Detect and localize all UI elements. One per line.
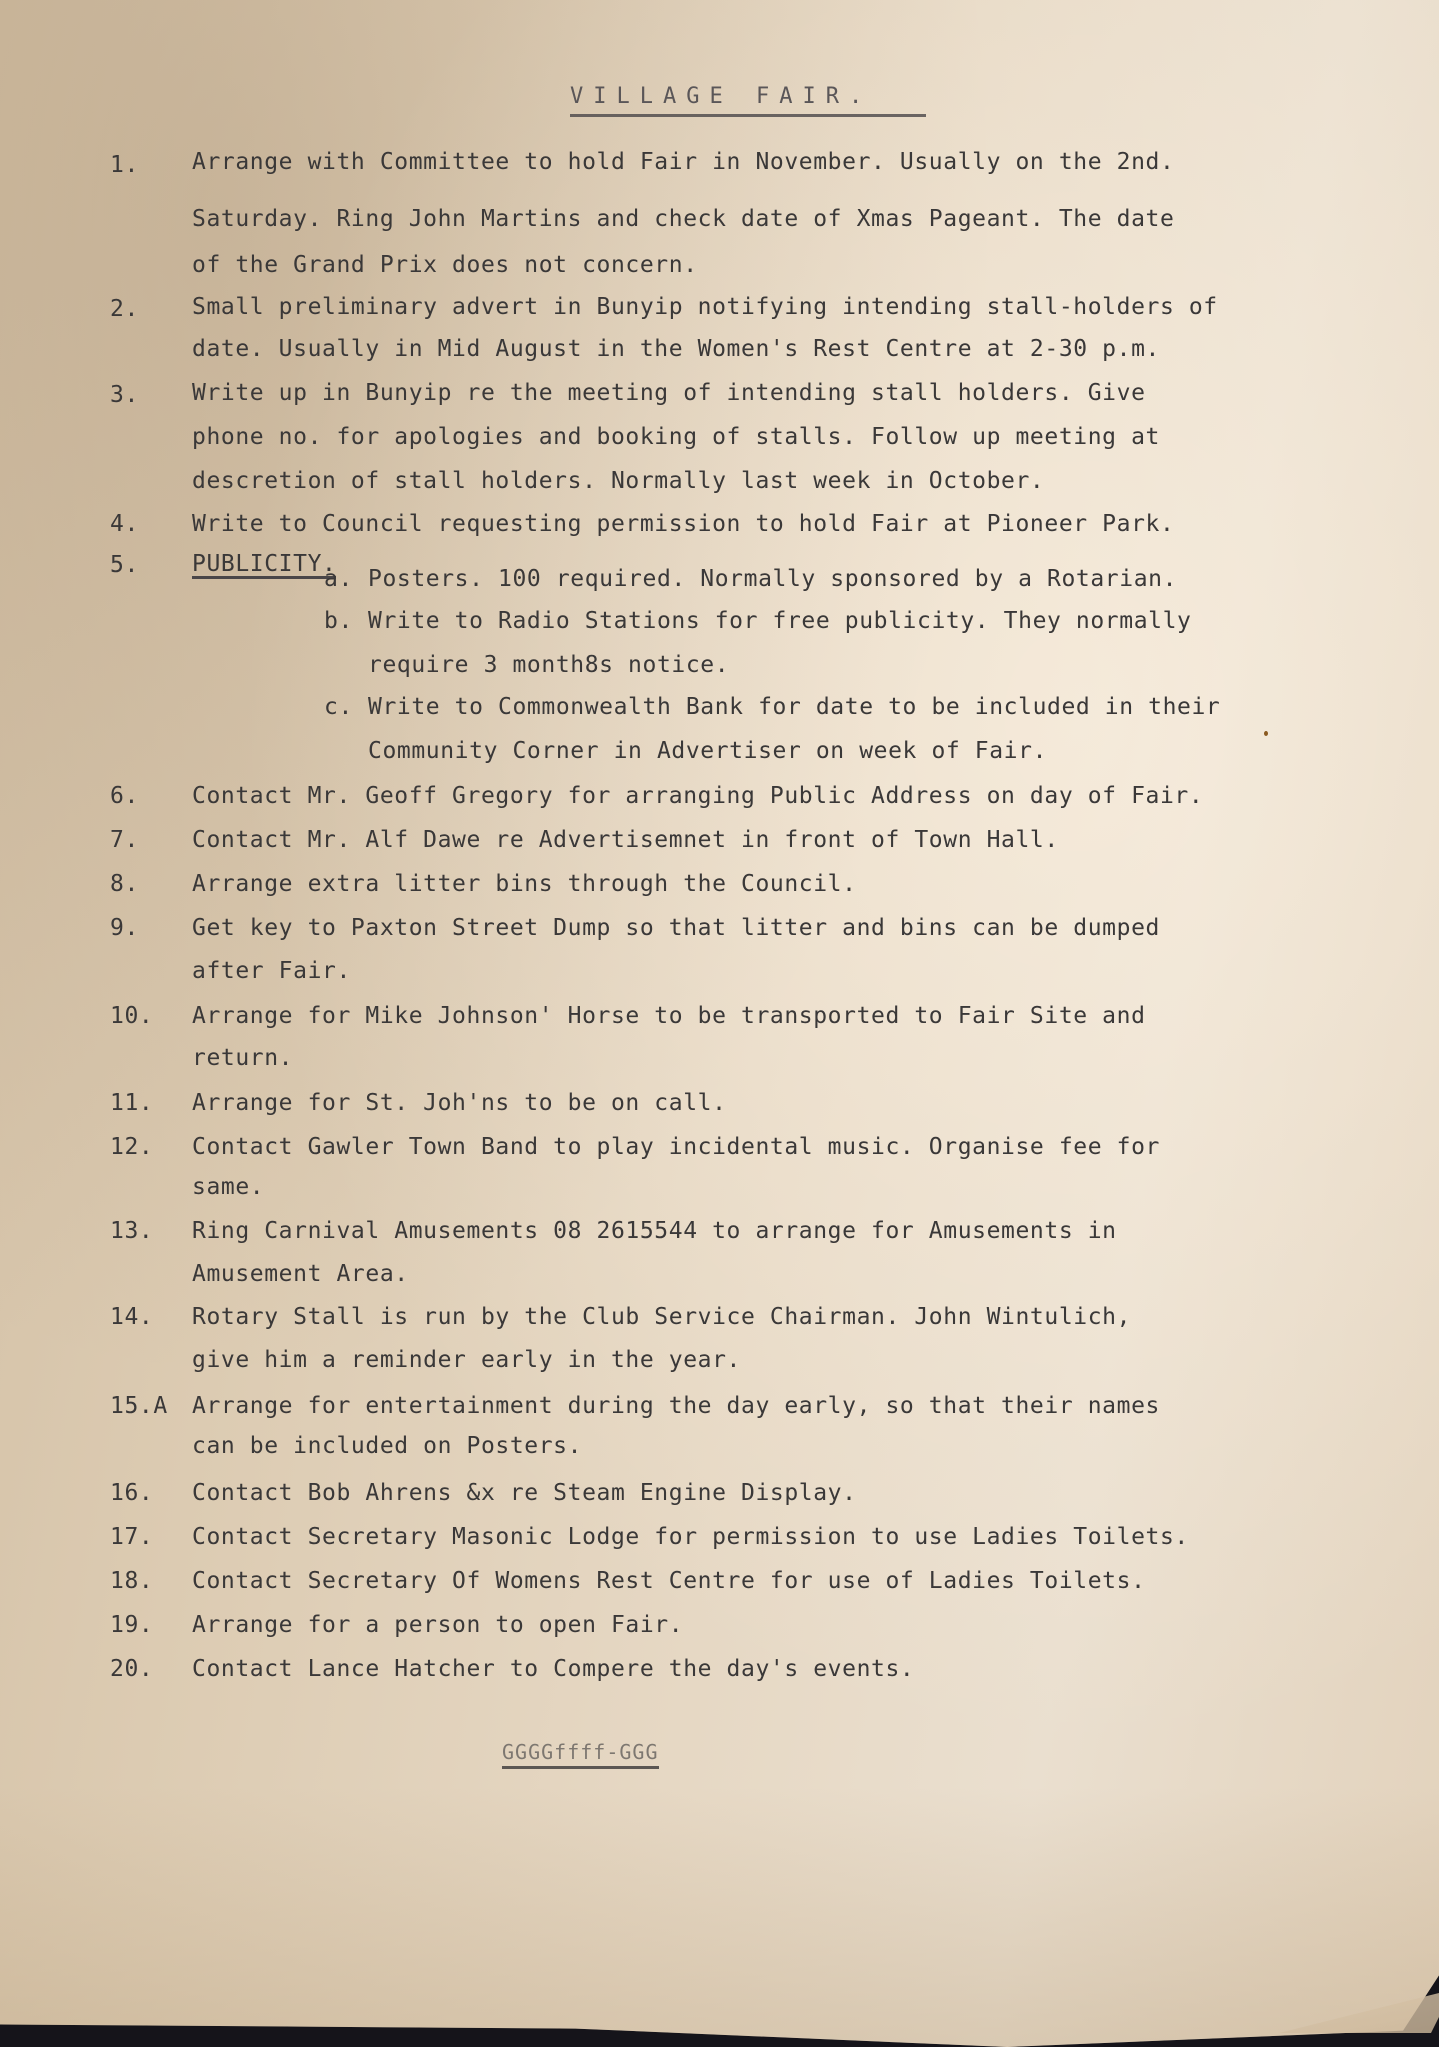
ink-spot: [1264, 731, 1268, 736]
subitem-letter: b.: [324, 608, 353, 634]
item-line: after Fair.: [192, 958, 351, 984]
item-number: 9.: [110, 915, 180, 941]
item-line: give him a reminder early in the year.: [192, 1347, 741, 1373]
publicity-heading: PUBLICITY.: [192, 552, 336, 579]
subitem-line: Posters. 100 required. Normally sponsore…: [368, 566, 1177, 592]
item-number: 17.: [110, 1524, 180, 1550]
subitem-letter: c.: [324, 694, 353, 720]
item-line: Contact Bob Ahrens &x re Steam Engine Di…: [192, 1480, 857, 1506]
item-line: Rotary Stall is run by the Club Service …: [192, 1304, 1131, 1330]
item-line: Arrange for a person to open Fair.: [192, 1612, 683, 1638]
item-number: 7.: [110, 827, 180, 853]
item-line: Small preliminary advert in Bunyip notif…: [192, 294, 1218, 320]
item-line: return.: [192, 1045, 293, 1071]
item-line: Contact Secretary Of Womens Rest Centre …: [192, 1568, 1146, 1594]
subitem-letter: a.: [324, 566, 353, 592]
document-title: VILLAGE FAIR.: [570, 84, 872, 109]
item-number: 18.: [110, 1568, 180, 1594]
subitem-line: require 3 month8s notice.: [368, 652, 729, 678]
item-line: Write up in Bunyip re the meeting of int…: [192, 380, 1146, 406]
item-line: Get key to Paxton Street Dump so that li…: [192, 915, 1160, 941]
item-number: 12.: [110, 1134, 180, 1160]
item-number: 11.: [110, 1090, 180, 1116]
item-line: Contact Secretary Masonic Lodge for perm…: [192, 1524, 1189, 1550]
subitem-line: Write to Commonwealth Bank for date to b…: [368, 694, 1220, 720]
subitem-line: Write to Radio Stations for free publici…: [368, 608, 1192, 634]
item-line: Ring Carnival Amusements 08 2615544 to a…: [192, 1218, 1117, 1244]
item-line: Saturday. Ring John Martins and check da…: [192, 206, 1174, 232]
item-number: 19.: [110, 1612, 180, 1638]
item-line: Contact Lance Hatcher to Compere the day…: [192, 1656, 914, 1682]
item-number: 14.: [110, 1304, 180, 1330]
item-number: 20.: [110, 1656, 180, 1682]
item-line: Arrange for entertainment during the day…: [192, 1393, 1160, 1419]
item-number: 8.: [110, 871, 180, 897]
item-line: Amusement Area.: [192, 1261, 409, 1287]
item-line: phone no. for apologies and booking of s…: [192, 424, 1160, 450]
item-line: same.: [192, 1174, 264, 1200]
item-number: 3.: [110, 382, 180, 408]
item-line: Arrange with Committee to hold Fair in N…: [192, 149, 1174, 175]
item-line: Arrange for Mike Johnson' Horse to be tr…: [192, 1003, 1146, 1029]
item-number: 10.: [110, 1003, 180, 1029]
item-line: Write to Council requesting permission t…: [192, 511, 1174, 537]
item-number: 1.: [110, 152, 180, 178]
item-number: 13.: [110, 1218, 180, 1244]
item-line: Arrange for St. Joh'ns to be on call.: [192, 1090, 727, 1116]
item-number: 16.: [110, 1480, 180, 1506]
item-line: descretion of stall holders. Normally la…: [192, 468, 1044, 494]
item-number: 6.: [110, 783, 180, 809]
item-line: date. Usually in Mid August in the Women…: [192, 336, 1160, 362]
subitem-line: Community Corner in Advertiser on week o…: [368, 738, 1047, 764]
item-line: Contact Mr. Alf Dawe re Advertisemnet in…: [192, 827, 1059, 853]
title-underline: [570, 114, 926, 117]
item-line: Contact Mr. Geoff Gregory for arranging …: [192, 783, 1203, 809]
item-line: of the Grand Prix does not concern.: [192, 252, 698, 278]
typed-over-mark: GGGGffff-GGG: [502, 1740, 659, 1769]
item-number: 5.: [110, 552, 180, 578]
item-number: 15.A: [110, 1393, 180, 1419]
item-line: can be included on Posters.: [192, 1433, 582, 1459]
item-line: Arrange extra litter bins through the Co…: [192, 871, 857, 897]
item-line: Contact Gawler Town Band to play inciden…: [192, 1134, 1160, 1160]
item-number: 2.: [110, 296, 180, 322]
item-number: 4.: [110, 511, 180, 537]
